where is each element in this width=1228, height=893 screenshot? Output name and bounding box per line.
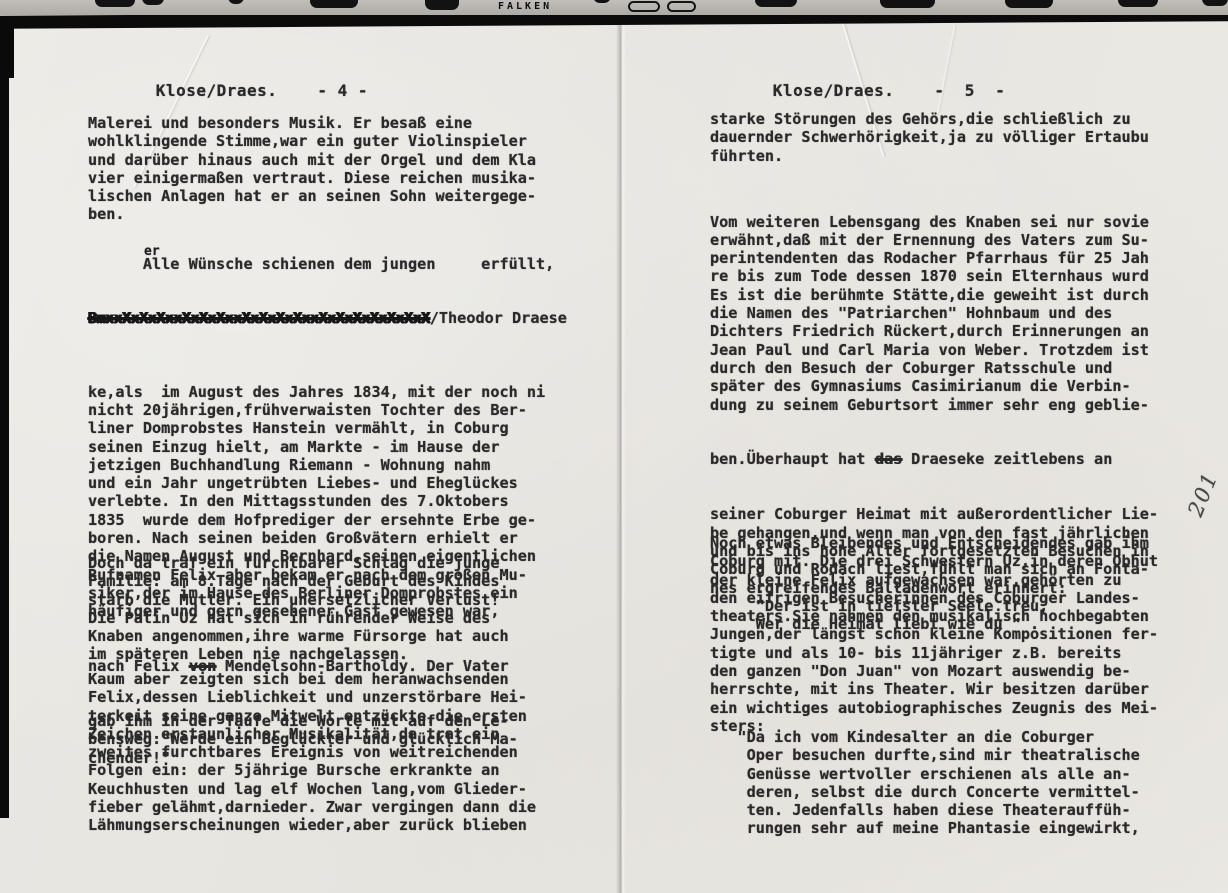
binder-mark [142,0,164,5]
page-5-number: - 5 - [934,81,1005,100]
binder-mark [228,0,244,4]
binder-mark [1202,0,1228,6]
binder-mark [1005,0,1053,8]
scan-edge-left [0,18,9,818]
strikeout-line-tail: /Theodor Draese [430,309,567,327]
binder-mark [310,0,358,8]
binder-mark [593,0,611,3]
binder-mark [425,0,459,10]
struck-word: das [875,450,902,468]
overstruck-text: BmxxXxXxXxxXxXxXxxXxXxXxXxxXxXxXxXxXxXxX [88,309,430,327]
page-4-header: Klose/Draes.- 4 - [95,62,368,119]
page-5-paragraph-3: Noch etwas Bleibendes und Entscheidendes… [710,534,1158,735]
line-segment: Draeseke zeitlebens an [902,450,1112,468]
scan-edge-left-corner [0,18,14,78]
binder-strip: FALKEN [0,0,1228,15]
page-5-paragraph-1: starke Störungen des Gehörs,die schließl… [710,110,1149,165]
page-5-header-title: Klose/Draes. [773,81,895,100]
binder-mark [95,0,135,7]
paragraph-body: Vom weiteren Lebensgang des Knaben sei n… [710,213,1228,414]
page-4-paragraph-1: Malerei und besonders Musik. Er besaß ei… [88,114,536,224]
page-4-number: - 4 - [317,81,368,100]
line-segment: ben.Überhaupt hat [710,450,875,468]
scanned-document: FALKEN Klose/Draes.- 4 - Malerei und bes… [0,0,1228,893]
binder-mark [755,0,797,7]
line-with-struck-word: ben.Überhaupt hat das Draeseke zeitleben… [710,450,1228,468]
binder-ring-hole [667,1,696,12]
page-4-header-title: Klose/Draes. [156,81,278,100]
binder-ring-hole [628,1,660,12]
typed-insertion-above-line: er [144,245,160,258]
page-4-paragraph-4: Kaum aber zeigten sich bei dem heranwach… [88,670,536,835]
binder-brand-label: FALKEN [498,1,552,13]
binder-mark [1118,0,1158,7]
binder-mark [880,0,935,8]
paragraph-2-line-1: Alle Wünsche schienen dem jungen erfüllt… [88,255,628,273]
page-4-paragraph-3: Doch da traf ein furchtbarer Schlag die … [88,554,509,664]
typed-strikeout-line: BmxxXxXxXxxXxXxXxxXxXxXxXxxXxXxXxXxXxXxX… [88,309,628,327]
page-5-paragraph-4-quote: "Da ich vom Kindesalter an die Coburger … [710,728,1140,838]
